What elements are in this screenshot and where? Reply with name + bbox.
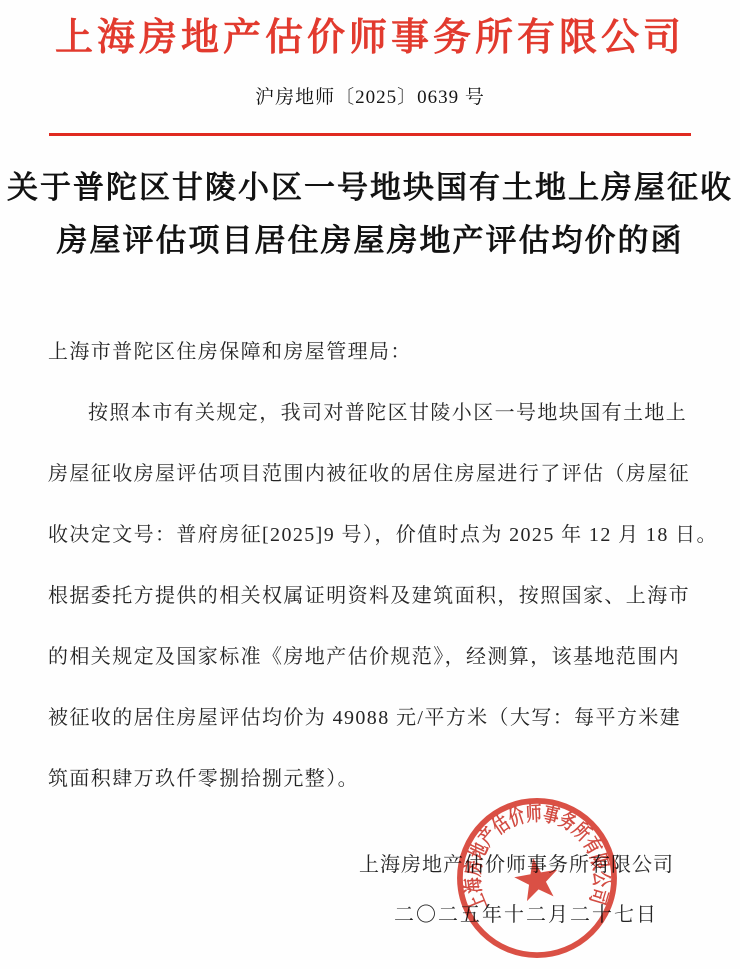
body-line: 被征收的居住房屋评估均价为 49088 元/平方米（大写：每平方米建 — [48, 688, 692, 749]
body-line: 房屋征收房屋评估项目范围内被征收的居住房屋进行了评估（房屋征 — [48, 444, 692, 505]
letterhead-title: 上海房地产估价师事务所有限公司 — [0, 0, 740, 61]
signature-date: 二〇二五年十二月二十七日 — [0, 900, 740, 930]
document-title-line2: 房屋评估项目居住房屋房地产评估均价的函 — [0, 214, 740, 267]
body-paragraph: 上海市普陀区住房保障和房屋管理局： 按照本市有关规定，我司对普陀区甘陵小区一号地… — [48, 322, 692, 810]
document-title: 关于普陀区甘陵小区一号地块国有土地上房屋征收 房屋评估项目居住房屋房地产评估均价… — [0, 161, 740, 267]
body-line: 的相关规定及国家标准《房地产估价规范》，经测算，该基地范围内 — [48, 627, 692, 688]
red-divider-rule — [49, 133, 691, 136]
body-line: 根据委托方提供的相关权属证明资料及建筑面积，按照国家、上海市 — [48, 566, 692, 627]
body-line: 按照本市有关规定，我司对普陀区甘陵小区一号地块国有土地上 — [48, 383, 692, 444]
signature-company: 上海房地产估价师事务所有限公司 — [0, 850, 740, 880]
company-seal: 上海房地产估价师事务所有限公司 — [455, 796, 619, 960]
body-line: 收决定文号：普府房征[2025]9 号），价值时点为 2025 年 12 月 1… — [48, 505, 692, 566]
salutation: 上海市普陀区住房保障和房屋管理局： — [48, 322, 692, 383]
document-title-line1: 关于普陀区甘陵小区一号地块国有土地上房屋征收 — [0, 161, 740, 214]
paragraph-lines: 按照本市有关规定，我司对普陀区甘陵小区一号地块国有土地上房屋征收房屋评估项目范围… — [48, 383, 692, 810]
doc-number: 沪房地师〔2025〕0639 号 — [0, 82, 740, 109]
document-page: 上海房地产估价师事务所有限公司 沪房地师〔2025〕0639 号 关于普陀区甘陵… — [0, 0, 740, 969]
seal-star-icon — [512, 854, 562, 902]
